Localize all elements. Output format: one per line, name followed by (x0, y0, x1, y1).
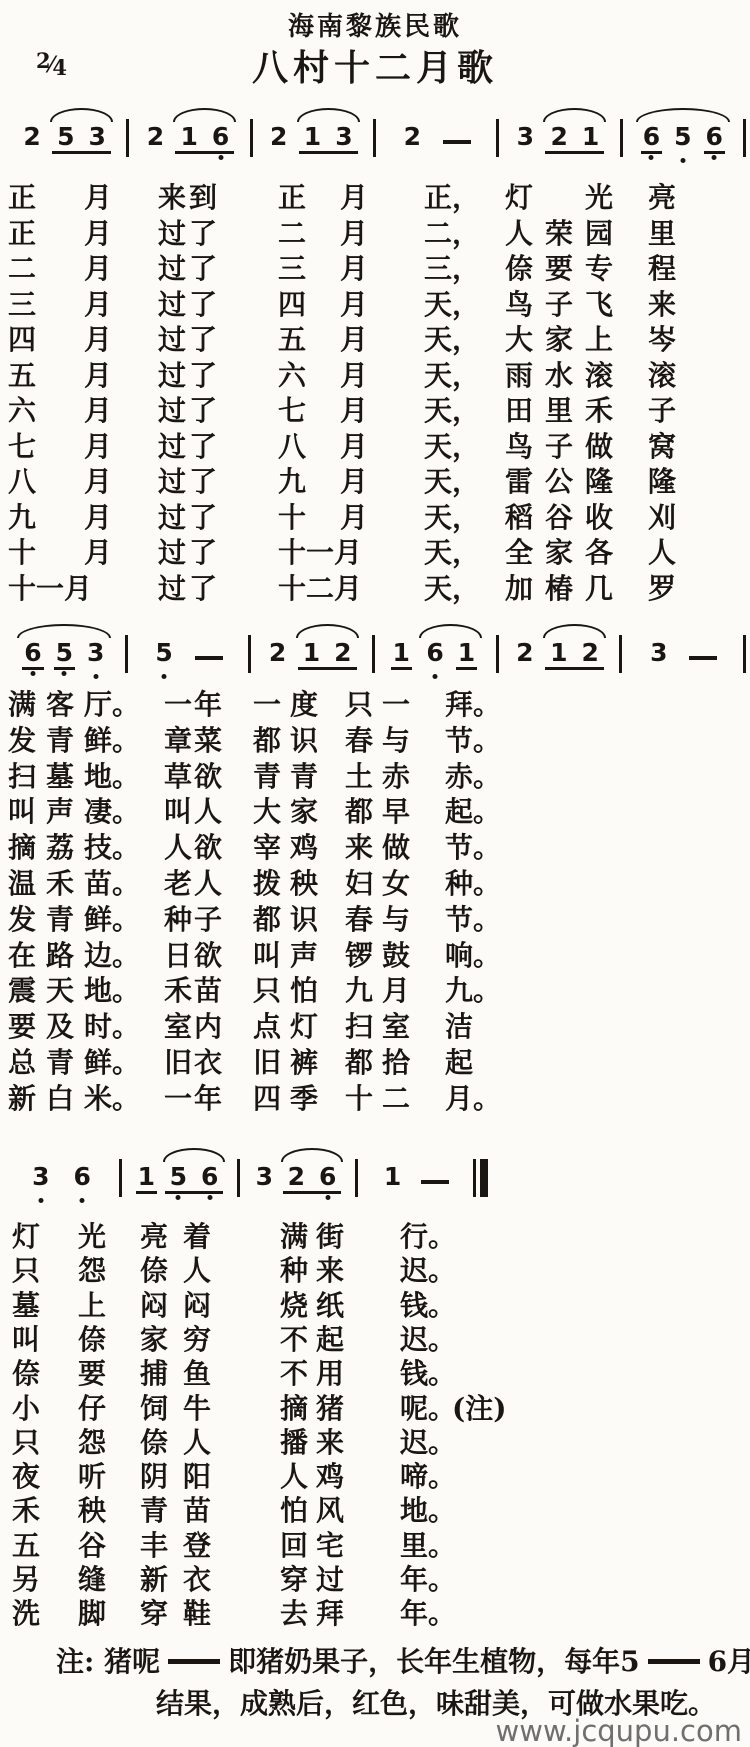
lyric-cell: 十 (345, 1084, 373, 1115)
lyric-cell: 青 (290, 762, 318, 793)
lyric-cell: 月 (340, 254, 368, 285)
lyric-cell: 纸 (316, 1291, 344, 1322)
lyric-cell: 秧 (78, 1496, 106, 1527)
lyric-cell: 倷 (140, 1256, 168, 1287)
lyric-verse-row: 正月过了二月二，人荣园里 (0, 219, 750, 255)
lyric-cell: 五 (278, 325, 306, 356)
lyric-cell: 捕 (140, 1359, 168, 1390)
lyric-cell: 去 (280, 1599, 308, 1630)
lyric-cell: 上 (78, 1291, 106, 1322)
lyric-cell: 都 (345, 1048, 373, 1079)
measure: 5 (128, 618, 249, 682)
slur-arc (543, 624, 606, 638)
beamed-group: 12 (545, 640, 604, 670)
lyric-cell: 只 (253, 976, 281, 1007)
lyric-cell: 钱。 (400, 1291, 456, 1322)
lyric-cell: 都 (253, 726, 281, 757)
lyric-cell: 苗 (183, 1496, 211, 1527)
lyric-cell: 子 (194, 905, 222, 936)
lyric-cell: 天， (424, 325, 480, 356)
lyric-cell: 用 (316, 1359, 344, 1390)
lyric-cell: 隆 (648, 467, 676, 498)
lyric-cell: 人 (164, 833, 192, 864)
lyric-cell: 宰 (253, 833, 281, 864)
lyric-cell: 一 (164, 1084, 192, 1115)
lyric-cell: 室 (382, 1012, 410, 1043)
lyric-cell: 一 (253, 690, 281, 721)
lyric-cell: 裤 (290, 1048, 318, 1079)
lyric-cell: 人 (183, 1428, 211, 1459)
lyric-cell: 总 (8, 1048, 36, 1079)
final-barline-thick (480, 1159, 488, 1197)
lyric-cell: 鸟子做 (505, 432, 625, 463)
lyric-cell: 鸡 (316, 1462, 344, 1493)
lyric-cell: 月 (340, 219, 368, 250)
lyric-cell: 时。 (84, 1012, 140, 1043)
lyric-verse-row: 十一月过了十二月天，加椿几罗 (0, 574, 750, 610)
jianpu-note: 5 (55, 124, 76, 151)
lyric-cell: 行。 (400, 1222, 456, 1253)
lyric-cell: 凄。 (84, 797, 140, 828)
lyric-cell: 室 (164, 1012, 192, 1043)
jianpu-note: 1 (580, 124, 601, 151)
lyric-verse-row: 倷要捕鱼不用钱。 (0, 1359, 750, 1395)
lyric-cell: 迟。 (400, 1325, 456, 1356)
lyric-cell: 种。 (445, 869, 501, 900)
lyric-cell: 度 (290, 690, 318, 721)
lyric-cell: 与 (382, 905, 410, 936)
lyric-cell: 九。 (445, 976, 501, 1007)
lyric-cell: 在 (8, 941, 36, 972)
lyric-cell: 三 (278, 254, 306, 285)
lyric-verse-row: 叫声凄。叫人大家都早起。 (0, 797, 750, 833)
genre-label: 海南黎族民歌 (0, 6, 750, 43)
lyric-cell: 人 (648, 538, 676, 569)
lyric-cell: 正， (424, 183, 480, 214)
lyric-cell: 禾 (46, 869, 74, 900)
lyric-cell: 天， (424, 467, 480, 498)
lyric-cell: 做 (382, 833, 410, 864)
lyric-cell: 老 (164, 869, 192, 900)
lyric-cell: 土 (345, 762, 373, 793)
lyric-cell: 拨 (253, 869, 281, 900)
lyric-cell: 正 (278, 183, 306, 214)
lyric-cell: 宅 (316, 1531, 344, 1562)
lyric-cell: 呢。 (400, 1394, 456, 1425)
lyric-cell: 及 (46, 1012, 74, 1043)
lyric-cell: 路 (46, 941, 74, 972)
lyric-verse-row: 二月过了三月三，倷要专程 (0, 254, 750, 290)
lyric-cell: 节。 (445, 905, 501, 936)
lyric-cell: 苗 (194, 976, 222, 1007)
jianpu-note: 6 (199, 1164, 220, 1191)
lyric-cell: 起 (316, 1325, 344, 1356)
lyric-cell: 雨水滚 (505, 361, 625, 392)
lyric-cell: 倷 (12, 1359, 40, 1390)
jianpu-note: 1 (178, 124, 199, 151)
lyric-cell: 夜 (12, 1462, 40, 1493)
beamed-group: 21 (545, 124, 604, 154)
lyric-cell: 月 (84, 503, 112, 534)
lyric-cell: 要 (8, 1012, 36, 1043)
lyric-cell: 月 (340, 503, 368, 534)
dash-note (689, 656, 717, 660)
lyric-cell: 月 (84, 432, 112, 463)
jianpu-note: 6 (72, 1164, 93, 1194)
jianpu-note: 1 (301, 640, 322, 667)
lyric-cell: 谷 (78, 1531, 106, 1562)
lyric-cell: 鲜。 (84, 726, 140, 757)
lyric-cell: 天， (424, 290, 480, 321)
lyric-cell: 起 (445, 1048, 473, 1079)
lyric-verse-row: 在路边。日欲叫声锣鼓响。 (0, 941, 750, 977)
lyric-verse-row: 八月过了九月天，雷公隆隆 (0, 467, 750, 503)
lyric-cell: 风 (316, 1496, 344, 1527)
footnote-dash (648, 1659, 700, 1664)
lyric-verse-row: 禾秧青苗怕风地。 (0, 1496, 750, 1532)
lyric-cell: 啼。 (400, 1462, 456, 1493)
lyric-cell: 家 (140, 1325, 168, 1356)
lyric-cell: 点 (253, 1012, 281, 1043)
lyric-cell: 满 (280, 1222, 308, 1253)
lyric-cell: 程 (648, 254, 676, 285)
lyric-cell: 子 (648, 396, 676, 427)
lyric-cell: 过了 (158, 254, 220, 285)
lyric-cell: 洁 (445, 1012, 473, 1043)
lyric-verse-row: 发青鲜。种子都识春与节。 (0, 905, 750, 941)
beamed-group: 61 (421, 640, 480, 670)
lyric-cell: 三 (8, 290, 36, 321)
dash-note (195, 656, 223, 660)
lyric-cell: 草 (164, 762, 192, 793)
lyric-cell: 禾 (12, 1496, 40, 1527)
lyric-cell: 十一月 (8, 574, 92, 605)
lyric-cell: 只 (12, 1256, 40, 1287)
lyric-cell: 青 (46, 905, 74, 936)
lyric-cell: 鱼 (183, 1359, 211, 1390)
watermark-url: www.jcqupu.com (496, 1714, 742, 1747)
jianpu-note: 3 (87, 124, 108, 151)
lyric-cell: 四 (278, 290, 306, 321)
lyric-cell: 章 (164, 726, 192, 757)
jianpu-note: 6 (317, 1164, 338, 1191)
jianpu-note: 3 (85, 640, 106, 670)
lyric-cell: 叫 (12, 1325, 40, 1356)
lyric-cell: 九 (345, 976, 373, 1007)
jianpu-note: 2 (332, 640, 353, 667)
lyric-cell: 春 (345, 905, 373, 936)
lyric-cell: 起。 (445, 797, 501, 828)
lyric-cell: 节。 (445, 726, 501, 757)
lyric-cell: 米。 (84, 1084, 140, 1115)
lyric-verse-row: 墓上闷闷烧纸钱。 (0, 1291, 750, 1327)
lyric-cell: 回 (280, 1531, 308, 1562)
lyric-cell: 只 (12, 1428, 40, 1459)
jianpu-note: 3 (254, 1164, 275, 1194)
footnote-text: 注: 猪呢 (56, 1645, 160, 1678)
lyric-cell: 缝 (78, 1565, 106, 1596)
jianpu-note: 2 (268, 124, 289, 154)
jianpu-note: 6 (22, 640, 43, 670)
lyric-verse-row: 摘荔技。人欲宰鸡来做节。 (0, 833, 750, 869)
jianpu-note: 2 (402, 124, 423, 154)
lyric-cell: 年。 (400, 1599, 456, 1630)
lyric-cell: 春 (345, 726, 373, 757)
lyric-cell: 天 (46, 976, 74, 1007)
lyric-verse-row: 四月过了五月天，大家上岑 (0, 325, 750, 361)
lyric-cell: 月 (340, 432, 368, 463)
lyric-cell: 过了 (158, 503, 220, 534)
lyric-cell: 阴 (140, 1462, 168, 1493)
lyric-cell: 大家上 (505, 325, 625, 356)
jianpu-note: 1 (302, 124, 323, 151)
lyric-cell: 锣 (345, 941, 373, 972)
measure: 653 (4, 618, 125, 682)
measure: 161 (375, 618, 496, 682)
lyric-cell: 灯 (12, 1222, 40, 1253)
lyric-cell: 赤。 (445, 762, 501, 793)
lyric-cell: 秧 (290, 869, 318, 900)
lyric-verse-row: 满客厅。一年一度只一拜。 (0, 690, 750, 726)
lyric-cell: 天， (424, 503, 480, 534)
slur-arc (636, 108, 730, 122)
slur-arc (543, 108, 606, 122)
lyric-cell: 衣 (194, 1048, 222, 1079)
lyric-cell: 四 (253, 1084, 281, 1115)
lyric-cell: 都 (253, 905, 281, 936)
lyric-cell: 街 (316, 1222, 344, 1253)
lyric-cell: 七 (278, 396, 306, 427)
lyric-cell: 地。 (84, 976, 140, 1007)
lyric-cell: 年 (194, 690, 222, 721)
lyric-cell: 怨 (78, 1428, 106, 1459)
beamed-group: 26 (283, 1164, 342, 1194)
lyric-cell: 过了 (158, 290, 220, 321)
lyric-cell: 八 (278, 432, 306, 463)
jianpu-note: 1 (382, 1164, 403, 1194)
lyric-cell: 田里禾 (505, 396, 625, 427)
barline (743, 635, 746, 673)
lyric-cell: 声 (46, 797, 74, 828)
lyric-cell: 大 (253, 797, 281, 828)
lyric-cell: 来 (316, 1428, 344, 1459)
measure: 326 (240, 1142, 355, 1206)
lyric-cell: 八 (8, 467, 36, 498)
lyric-cell: 十二月 (278, 574, 362, 605)
jianpu-note: 2 (145, 124, 166, 154)
lyric-cell: 丰 (140, 1531, 168, 1562)
lyric-cell: 边。 (84, 941, 140, 972)
lyric-cell: 月 (340, 183, 368, 214)
lyric-cell: 月 (84, 361, 112, 392)
footnote-dash (168, 1659, 220, 1664)
lyric-cell: 倷 (140, 1428, 168, 1459)
lyric-cell: 人 (183, 1256, 211, 1287)
lyric-cell: 叫 (164, 797, 192, 828)
slur-arc (163, 1148, 226, 1162)
lyric-cell: 鲜。 (84, 905, 140, 936)
lyric-cell: 穿 (140, 1599, 168, 1630)
lyric-cell: 拾 (382, 1048, 410, 1079)
lyric-cell: 日 (164, 941, 192, 972)
lyric-cell: 加椿几 (505, 574, 625, 605)
jianpu-note: 2 (286, 1164, 307, 1191)
jianpu-note: 6 (210, 124, 231, 151)
measure: 321 (499, 102, 619, 166)
lyric-cell: 衣 (183, 1565, 211, 1596)
slur-arc (173, 108, 236, 122)
lyric-cell: 月 (340, 467, 368, 498)
measure: 253 (6, 102, 126, 166)
jianpu-note: 6 (424, 640, 445, 670)
lyric-cell: 十一月 (278, 538, 362, 569)
lyric-cell: 天， (424, 396, 480, 427)
lyric-cell: 欲 (194, 941, 222, 972)
time-signature-beats: 2 (36, 48, 51, 73)
jianpu-note: 3 (30, 1164, 51, 1194)
lyric-cell: 厅。 (84, 690, 140, 721)
lyric-cell: 灯 光 (505, 183, 625, 214)
lyric-cell: 阳 (183, 1462, 211, 1493)
lyric-cell: 鸡 (290, 833, 318, 864)
lyric-cell: 里 (648, 219, 676, 250)
lyric-cell: 青 (46, 1048, 74, 1079)
lyric-cell: 新 (140, 1565, 168, 1596)
lyric-cell: 青 (140, 1496, 168, 1527)
lyric-cell: 青 (46, 726, 74, 757)
lyric-cell: 月 (84, 396, 112, 427)
lyric-cell: 另 (12, 1565, 40, 1596)
lyric-cell: 二 (8, 254, 36, 285)
footnote-text: 即猪奶果子，长年生植物，每年5 (228, 1645, 639, 1678)
lyric-cell: 窝 (648, 432, 676, 463)
lyric-cell: 月 (84, 219, 112, 250)
lyric-cell: 六 (8, 396, 36, 427)
lyric-cell: 怨 (78, 1256, 106, 1287)
lyric-cell: 过了 (158, 396, 220, 427)
lyric-verse-row: 洗脚穿鞋去拜年。 (0, 1599, 750, 1635)
lyric-cell: 赤 (382, 762, 410, 793)
lyric-cell: 钱。 (400, 1359, 456, 1390)
lyric-cell: 叫 (253, 941, 281, 972)
lyric-cell: 来 (648, 290, 676, 321)
score-page: 海南黎族民歌 八村十二月歌 2⁄4 2532162132321656 正月来到正… (0, 0, 750, 1747)
lyric-verse-row: 新白米。一年四季十二月。 (0, 1084, 750, 1120)
lyric-cell: 月 (84, 290, 112, 321)
measure: 156 (122, 1142, 237, 1206)
lyric-cell: 天， (424, 538, 480, 569)
lyric-cell: 三， (424, 254, 480, 285)
lyric-cell: 发 (8, 905, 36, 936)
lyric-cell: 登 (183, 1531, 211, 1562)
lyric-cell: 不 (280, 1359, 308, 1390)
lyric-cell: 要 (78, 1359, 106, 1390)
jianpu-note: 6 (704, 124, 725, 154)
lyric-cell: 季 (290, 1084, 318, 1115)
lyric-cell: 青 (253, 762, 281, 793)
lyric-cell: 人荣园 (505, 219, 625, 250)
lyric-cell: 迟。 (400, 1428, 456, 1459)
measure: 213 (253, 102, 373, 166)
lyric-cell: 播 (280, 1428, 308, 1459)
lyric-cell: 月 (340, 290, 368, 321)
lyric-verse-row: 六月过了七月天，田里禾子 (0, 396, 750, 432)
lyric-cell: 荔 (46, 833, 74, 864)
lyric-cell: 一 (382, 690, 410, 721)
lyric-cell: 不 (280, 1325, 308, 1356)
lyric-cell: 年 (194, 1084, 222, 1115)
measure: 212 (251, 618, 372, 682)
lyric-cell: 岑 (648, 325, 676, 356)
lyric-verse-row: 扫墓地。草欲青青土赤赤。 (0, 762, 750, 798)
beamed-group: 653 (19, 640, 109, 670)
beamed-group: 56 (165, 1164, 224, 1194)
lyric-cell: 天， (424, 432, 480, 463)
lyric-cell: 倷 (78, 1325, 106, 1356)
lyric-cell: 十 (278, 503, 306, 534)
lyric-cell: 月 (382, 976, 410, 1007)
time-signature-unit: 4 (52, 55, 67, 80)
lyric-cell: 小 (12, 1394, 40, 1425)
beamed-group: 656 (638, 124, 728, 154)
footnote-line-1: 注: 猪呢即猪奶果子，长年生植物，每年56月 (56, 1640, 750, 1680)
lyric-cell: 地。 (400, 1496, 456, 1527)
lyric-verse-row: 只怨倷人种来迟。 (0, 1256, 750, 1292)
lyric-cell: 满 (8, 690, 36, 721)
lyric-cell: 五 (12, 1531, 40, 1562)
lyric-verse-row: 只怨倷人播来迟。 (0, 1428, 750, 1464)
lyric-cell: 全家各 (505, 538, 625, 569)
lyric-cell: 亮 (140, 1222, 168, 1253)
jianpu-note: 1 (136, 1164, 157, 1194)
jianpu-note: 1 (391, 640, 412, 670)
jianpu-note: 3 (515, 124, 536, 154)
lyric-cell: 闷 (183, 1291, 211, 1322)
lyric-verse-row: 小仔饲牛摘猪呢。(注) (0, 1394, 750, 1430)
lyric-cell: 客 (46, 690, 74, 721)
lyric-cell: 滚 (648, 361, 676, 392)
lyric-cell: 二 (382, 1084, 410, 1115)
lyric-cell: 苗。 (84, 869, 140, 900)
lyric-cell: 墓 (12, 1291, 40, 1322)
lyric-cell: 种 (164, 905, 192, 936)
lyric-cell: 正 (8, 183, 36, 214)
slur-arc (297, 108, 360, 122)
lyric-cell: 女 (382, 869, 410, 900)
lyric-verse-row: 三月过了四月天，鸟子飞来 (0, 290, 750, 326)
lyric-cell: 月 (340, 396, 368, 427)
measure: 36 (4, 1142, 119, 1206)
lyric-cell: 扫 (8, 762, 36, 793)
jianpu-note: 2 (21, 124, 42, 154)
lyric-cell: 怕 (280, 1496, 308, 1527)
measure: 212 (499, 618, 620, 682)
lyric-cell: 声 (290, 941, 318, 972)
lyric-cell: 来 (345, 833, 373, 864)
lyric-cell: 温 (8, 869, 36, 900)
lyric-cell: 月 (84, 467, 112, 498)
jianpu-note: 3 (333, 124, 354, 151)
lyric-cell: 里。 (400, 1531, 456, 1562)
beamed-group: 12 (298, 640, 357, 670)
lyric-cell: 叫 (8, 797, 36, 828)
lyric-cell: 节。 (445, 833, 501, 864)
lyric-verse-row: 五谷丰登回宅里。 (0, 1531, 750, 1567)
lyric-cell: 内 (194, 1012, 222, 1043)
lyric-cell: 人 (280, 1462, 308, 1493)
measure: 656 (623, 102, 743, 166)
beamed-group: 13 (299, 124, 358, 154)
